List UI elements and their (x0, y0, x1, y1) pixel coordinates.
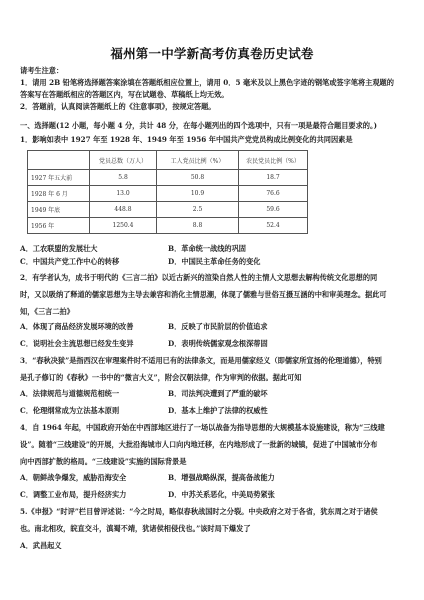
table-cell: 13.0 (90, 186, 157, 202)
question-2-option-a: A．体现了商品经济发展环境的改善 (20, 322, 133, 331)
question-5-option-a: A．武昌起义 (20, 541, 62, 550)
question-2-option-c: C．说明社会主流思想已经发生变异 (20, 339, 134, 348)
question-3-stem-line-1: 3．“春秋决狱”是指西汉在审理案件时不适用已有的法律条文，而是用儒家经义（即儒家… (20, 356, 382, 365)
table-cell: 59.6 (239, 202, 308, 218)
table-row: 1928 年 6 月 13.0 10.9 76.6 (28, 186, 308, 202)
table-header-cell: 工人党员比例（%） (157, 151, 239, 170)
table-cell: 50.8 (157, 170, 239, 186)
table-cell: 448.8 (90, 202, 157, 218)
table-cell: 1927 年五大前 (28, 170, 90, 186)
table-header-row: 党员总数（万人） 工人党员比例（%） 农民党员比例（%） (28, 151, 308, 170)
question-1-option-a: A．工农联盟的发展壮大 (20, 244, 97, 253)
question-5-stem-line-1: 5.《申报》“时评”栏目曾评述说：“今之时局，略似春秋战国时之分裂。中央政府之对… (20, 507, 378, 516)
party-membership-table: 党员总数（万人） 工人党员比例（%） 农民党员比例（%） 1927 年五大前 5… (27, 150, 308, 234)
notice-line-2: 答案写在答题纸相应的答题区内，写在试题卷、草稿纸上均无效。 (20, 90, 228, 99)
question-4-stem-line-2: 设”。随着“三线建设”的开展，大批沿海城市人口向内地迁移，在内地形成了一批新的城… (20, 440, 377, 449)
question-3-option-a: A．法律规范与道德规范相统一 (20, 389, 119, 398)
question-4-option-a: A．朝鲜战争爆发，威胁沿海安全 (20, 473, 126, 482)
table-cell: 2.5 (157, 202, 239, 218)
table-header-cell: 农民党员比例（%） (239, 151, 308, 170)
table-cell: 1956 年 (28, 218, 90, 234)
document-title: 福州第一中学新高考仿真卷历史试卷 (0, 44, 424, 62)
table-cell: 8.8 (157, 218, 239, 234)
question-4-option-b: B．增强战略纵深，提高备战能力 (168, 473, 275, 482)
question-1-option-b: B．革命统一战线的巩固 (168, 244, 246, 253)
question-4-stem-line-3: 向中西部扩散的格局。“三线建设”实施的国际背景是 (20, 457, 186, 466)
question-3-option-c: C．伦理纲常成为立法基本原则 (20, 406, 119, 415)
question-1-option-c: C．中国共产党工作中心的转移 (20, 257, 119, 266)
question-1-stem: 1．影响如表中 1927 年至 1928 年、1949 年至 1956 年中国共… (20, 135, 353, 144)
table-cell: 76.6 (239, 186, 308, 202)
table-header-cell: 党员总数（万人） (90, 151, 157, 170)
question-3-option-d: D．基本上维护了法律的权威性 (168, 406, 268, 415)
question-5-stem-line-2: 也。南北相攻，皖直交斗，滇蜀不靖，犹诸侯相侵伐也。”该时局下爆发了 (20, 524, 251, 533)
table-cell: 1949 年底 (28, 202, 90, 218)
section-heading: 一、选择题(12 小题，每小题 4 分，共计 48 分，在每小题列出的四个选项中… (20, 121, 377, 130)
table-cell: 52.4 (239, 218, 308, 234)
table-header-cell (28, 151, 90, 170)
question-2-stem-line-2: 时，又以吸纳了释道的儒家思想为主导去兼容和消化主情思潮，体现了儒雅与世俗互摄互涵… (20, 290, 387, 299)
question-1-option-d: D．中国民主革命任务的变化 (168, 257, 260, 266)
notice-line-1: 1．请用 2B 铅笔将选择题答案涂填在答题纸相应位置上，请用 0．5 毫米及以上… (20, 78, 394, 87)
table-cell: 5.8 (90, 170, 157, 186)
question-4-option-d: D．中苏关系恶化，中美局势紧张 (168, 490, 275, 499)
table-cell: 10.9 (157, 186, 239, 202)
table-row: 1956 年 1250.4 8.8 52.4 (28, 218, 308, 234)
exam-page: 福州第一中学新高考仿真卷历史试卷 请考生注意： 1．请用 2B 铅笔将选择题答案… (0, 0, 424, 600)
question-2-stem-line-3: 知，《三言二拍》 (20, 307, 74, 316)
table-cell: 1250.4 (90, 218, 157, 234)
question-4-stem-line-1: 4．自 1964 年起，中国政府开始在中西部地区进行了一场以战备为指导思想的大规… (20, 423, 385, 432)
notice-line-3: 2．答题前，认真阅读答题纸上的《注意事项》，按规定答题。 (20, 102, 215, 111)
question-3-option-b: B．司法判决遭到了严重的破坏 (168, 389, 268, 398)
table-cell: 18.7 (239, 170, 308, 186)
question-2-stem-line-1: 2．有学者认为，成书于明代的《三言二拍》以近古新兴的渲染自然人性的主情人文思想去… (20, 273, 377, 282)
question-4-option-c: C．调整工业布局，提升经济实力 (20, 490, 126, 499)
table-row: 1949 年底 448.8 2.5 59.6 (28, 202, 308, 218)
notice-heading: 请考生注意： (20, 66, 63, 75)
table-cell: 1928 年 6 月 (28, 186, 90, 202)
question-2-option-d: D．表明传统儒家观念根深蒂固 (168, 339, 268, 348)
table-row: 1927 年五大前 5.8 50.8 18.7 (28, 170, 308, 186)
question-3-stem-line-2: 是孔子修订的《春秋》一书中的“微言大义”，附会汉朝法律，作为审判的依据。据此可知 (20, 373, 301, 382)
question-2-option-b: B．反映了市民阶层的价值追求 (168, 322, 268, 331)
